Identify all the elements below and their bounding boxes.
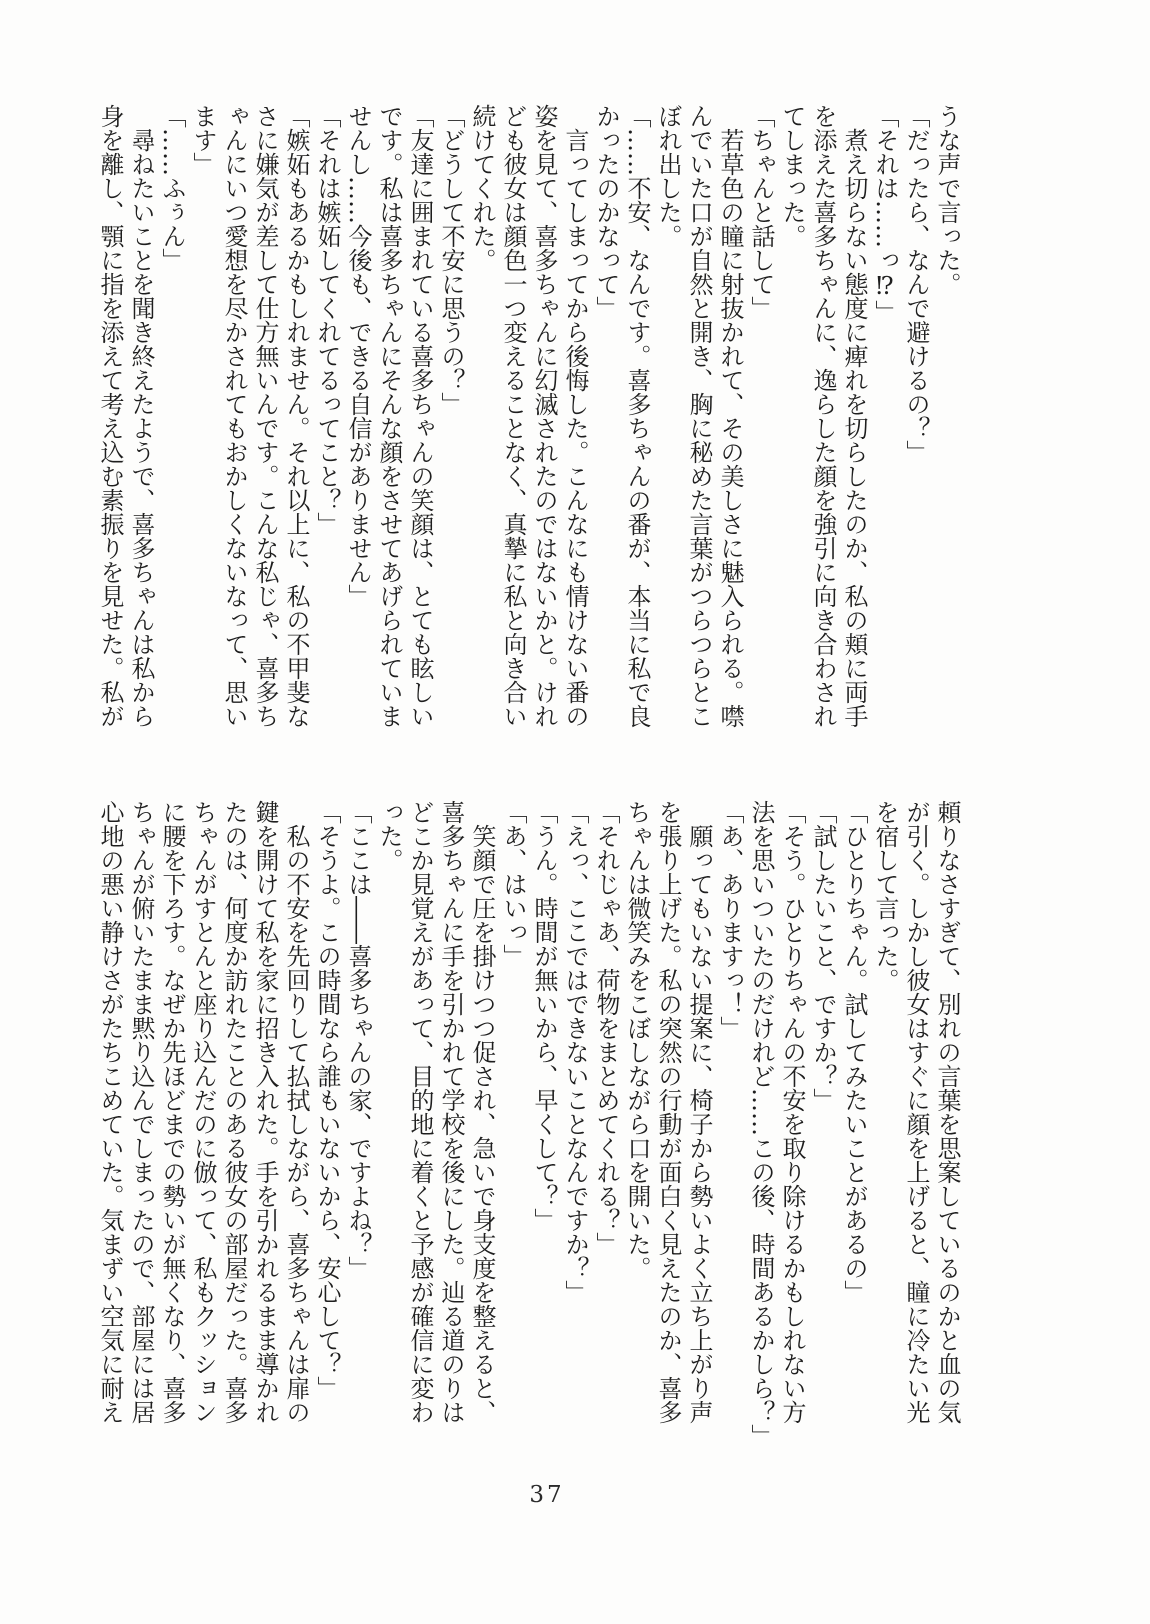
- text-column: 「どうして不安に思うの？」: [435, 104, 466, 730]
- text-column: 続けてくれた。: [466, 104, 497, 730]
- text-column: せんし……今後も、できる自信がありません」: [342, 104, 373, 730]
- text-column: ぼれ出した。: [652, 104, 683, 730]
- text-column: 「うん。時間が無いから、早くして？」: [528, 800, 559, 1426]
- text-column: さに嫌気が差して仕方無いんです。こんな私じゃ、喜多ち: [249, 104, 280, 730]
- text-column: 「試したいこと、ですか？」: [807, 800, 838, 1426]
- text-column: たのは、何度か訪れたことのある彼女の部屋だった。喜多: [218, 800, 249, 1426]
- text-column: 「……ふぅん」: [156, 104, 187, 730]
- text-column: かったのかなって」: [590, 104, 621, 730]
- text-column: 喜多ちゃんに手を引かれて学校を後にした。辿る道のりは: [435, 800, 466, 1426]
- text-column: 「そうよ。この時間なら誰もいないから、安心して？」: [311, 800, 342, 1426]
- story-text-upper-block: うな声で言った。「だったら、なんで避けるの？」「それは……っ⁉」 煮え切らない態…: [94, 104, 962, 730]
- text-column: を張り上げた。私の突然の行動が面白く見えたのか、喜多: [652, 800, 683, 1426]
- text-column: 「だったら、なんで避けるの？」: [900, 104, 931, 730]
- text-column: 笑顔で圧を掛けつつ促され、急いで身支度を整えると、: [466, 800, 497, 1426]
- text-column: 願ってもいない提案に、椅子から勢いよく立ち上がり声: [683, 800, 714, 1426]
- text-column: 「それじゃあ、荷物をまとめてくれる？」: [590, 800, 621, 1426]
- text-column: 尋ねたいことを聞き終えたようで、喜多ちゃんは私から: [125, 104, 156, 730]
- text-column: った。: [373, 800, 404, 1426]
- text-column: 頼りなさすぎて、別れの言葉を思案しているのかと血の気: [931, 800, 962, 1426]
- text-column: が引く。しかし彼女はすぐに顔を上げると、瞳に冷たい光: [900, 800, 931, 1426]
- text-column: ども彼女は顔色一つ変えることなく、真摯に私と向き合い: [497, 104, 528, 730]
- text-column: 言ってしまってから後悔した。こんなにも情けない番の: [559, 104, 590, 730]
- text-column: 「あ、はいっ」: [497, 800, 528, 1426]
- story-text-lower-block: 頼りなさすぎて、別れの言葉を思案しているのかと血の気が引く。しかし彼女はすぐに顔…: [94, 800, 962, 1426]
- text-column: 「ちゃんと話して」: [745, 104, 776, 730]
- text-column: うな声で言った。: [931, 104, 962, 730]
- text-column: 姿を見て、喜多ちゃんに幻滅されたのではないかと。けれ: [528, 104, 559, 730]
- text-column: ちゃんは微笑みをこぼしながら口を開いた。: [621, 800, 652, 1426]
- text-column: 「それは嫉妬してくれてるってこと？」: [311, 104, 342, 730]
- text-column: ゃんにいつ愛想を尽かされてもおかしくないなって、思い: [218, 104, 249, 730]
- text-column: 「あ、ありますっ！」: [714, 800, 745, 1426]
- page-number: 37: [500, 1482, 594, 1508]
- text-column: ちゃんが俯いたまま黙り込んでしまったので、部屋には居: [125, 800, 156, 1426]
- text-column: 「友達に囲まれている喜多ちゃんの笑顔は、とても眩しい: [404, 104, 435, 730]
- text-column: 「そう。ひとりちゃんの不安を取り除けるかもしれない方: [776, 800, 807, 1426]
- text-column: ます」: [187, 104, 218, 730]
- text-column: 「ここは――喜多ちゃんの家、ですよね？」: [342, 800, 373, 1426]
- text-column: どこか見覚えがあって、目的地に着くと予感が確信に変わ: [404, 800, 435, 1426]
- text-column: を宿して言った。: [869, 800, 900, 1426]
- text-column: に腰を下ろす。なぜか先ほどまでの勢いが無くなり、喜多: [156, 800, 187, 1426]
- text-column: 鍵を開けて私を家に招き入れた。手を引かれるまま導かれ: [249, 800, 280, 1426]
- text-column: 「嫉妬もあるかもしれません。それ以上に、私の不甲斐な: [280, 104, 311, 730]
- text-column: てしまった。: [776, 104, 807, 730]
- text-column: 心地の悪い静けさがたちこめていた。気まずい空気に耐え: [94, 800, 125, 1426]
- text-column: 身を離し、顎に指を添えて考え込む素振りを見せた。私が: [94, 104, 125, 730]
- text-column: 若草色の瞳に射抜かれて、その美しさに魅入られる。噤: [714, 104, 745, 730]
- text-column: 法を思いついたのだけれど……この後、時間あるかしら？」: [745, 800, 776, 1426]
- text-column: 煮え切らない態度に痺れを切らしたのか、私の頬に両手: [838, 104, 869, 730]
- text-column: 「……不安、なんです。喜多ちゃんの番が、本当に私で良: [621, 104, 652, 730]
- text-column: 私の不安を先回りして払拭しながら、喜多ちゃんは扉の: [280, 800, 311, 1426]
- text-column: 「ひとりちゃん。試してみたいことがあるの」: [838, 800, 869, 1426]
- text-column: を添えた喜多ちゃんに、逸らした顔を強引に向き合わされ: [807, 104, 838, 730]
- text-column: 「それは……っ⁉」: [869, 104, 900, 730]
- text-column: 「えっ、ここではできないことなんですか？」: [559, 800, 590, 1426]
- text-column: んでいた口が自然と開き、胸に秘めた言葉がつらつらとこ: [683, 104, 714, 730]
- text-column: です。私は喜多ちゃんにそんな顔をさせてあげられていま: [373, 104, 404, 730]
- text-column: ちゃんがすとんと座り込んだのに倣って、私もクッション: [187, 800, 218, 1426]
